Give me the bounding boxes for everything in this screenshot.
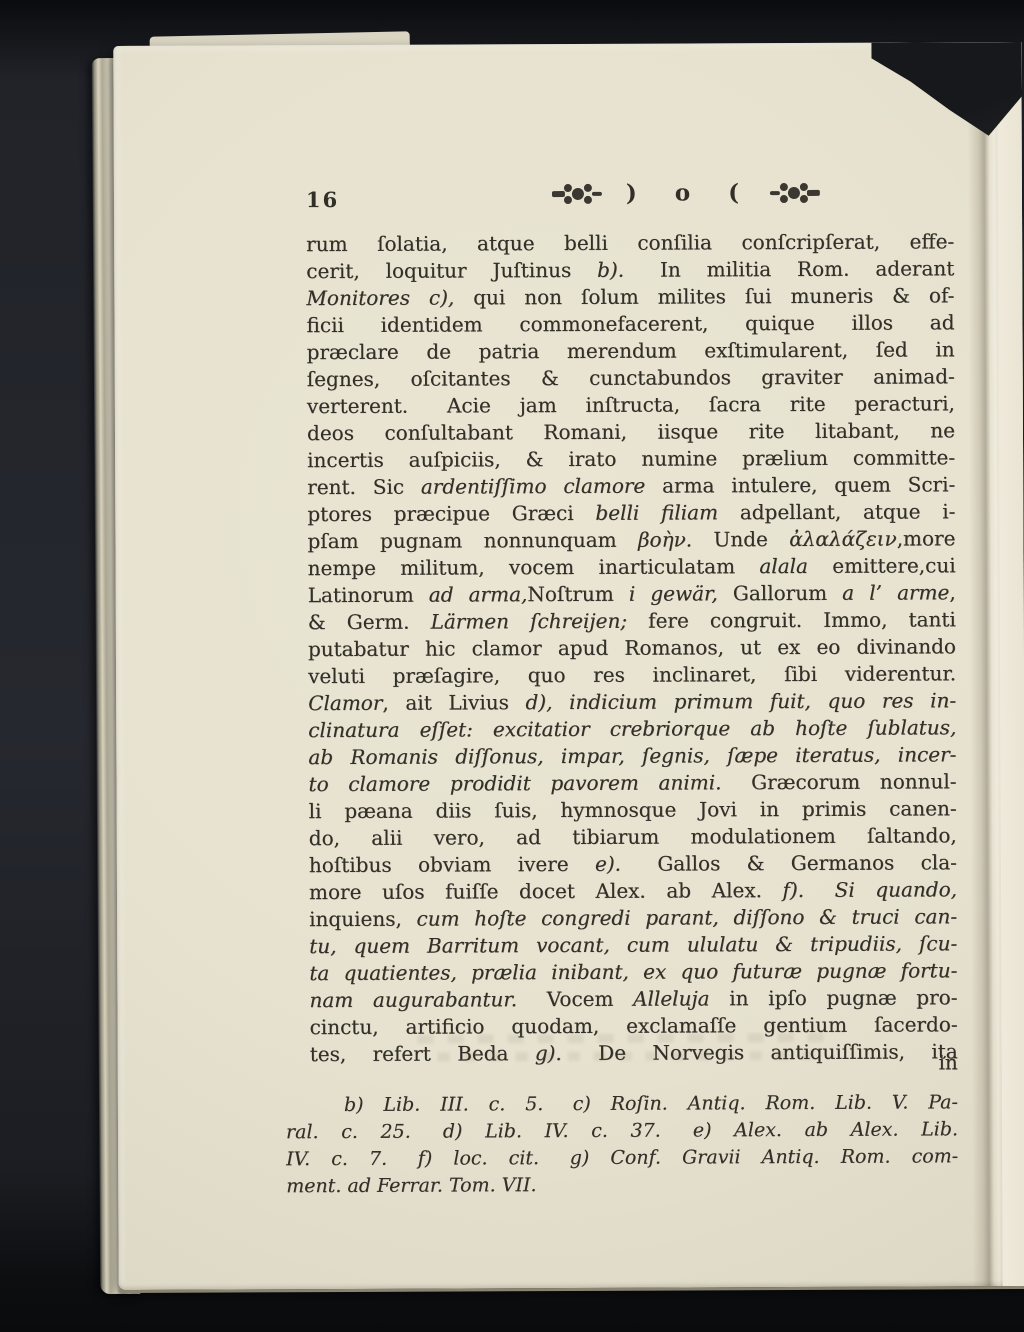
text-line: pſam pugnam nonnunquam βοὴν. Unde ἀλαλάζ… (307, 525, 955, 555)
book-page: 16 ) o ( (113, 42, 1024, 1290)
page-header: 16 ) o ( (306, 178, 954, 221)
text-line: ficii identidem commonefacerent, quique … (306, 309, 954, 339)
text-line: do, alii vero, ad tibiarum modulationem … (309, 822, 957, 852)
text-segment: incertis auſpiciis, & irato numine præli… (307, 445, 955, 472)
text-segment: do, alii vero, ad tibiarum modulationem … (309, 823, 957, 850)
text-segment (804, 878, 835, 902)
italic-segment: Clamor (308, 691, 382, 715)
italic-segment: Si quando, (835, 877, 957, 902)
text-line: nempe militum, vocem inarticulatam alala… (308, 552, 956, 582)
text-segment: emittere,cui (808, 553, 956, 578)
text-segment: cerit, loquitur Juſtinus (306, 258, 597, 283)
text-segment: hoſtibus obviam ivere (309, 852, 595, 877)
text-segment: putabatur hic clamor apud Romanos, ut ex… (308, 634, 956, 661)
text-line: tu, quem Barritum vocant, cum ululatu & … (309, 930, 957, 960)
text-line: deos conſultabant Romani, iisque rite li… (307, 417, 955, 447)
text-segment: Vocem (517, 987, 633, 1012)
text-segment: Græcorum nonnul- (721, 769, 956, 794)
text-segment: præclare de patria merendum exſtimularen… (307, 337, 955, 364)
text-segment (552, 690, 569, 714)
italic-segment: alala (759, 554, 808, 578)
text-line: rent. Sic ardentiſſimo clamore arma intu… (307, 471, 955, 501)
header-ornament: ) o ( (552, 179, 820, 207)
text-line: inquiens, cum hoſte congredi parant, diſ… (309, 903, 957, 933)
italic-segment: a l’ arme (842, 580, 949, 604)
text-line: ſegnes, oſcitantes & cunctabundos gravit… (307, 363, 955, 393)
text-line: nam augurabantur. Vocem Alleluja in ipſo… (309, 984, 957, 1014)
text-line: ptores præcipue Græci belli filiam adpel… (307, 498, 955, 528)
text-line: ta quatientes, prælia inibant, ex quo fu… (309, 957, 957, 987)
text-segment: inquiens, (309, 907, 416, 931)
text-segment: li pæana diis ſuis, hymnosque Jovi in pr… (309, 796, 957, 823)
text-line: li pæana diis ſuis, hymnosque Jovi in pr… (309, 795, 957, 825)
text-line: Latinorum ad arma,Noſtrum i gewär, Gallo… (308, 579, 956, 609)
text-segment: more uſos fuiſſe docet Alex. ab Alex. (309, 878, 783, 904)
text-line: ment. ad Ferrar. Tom. VII. (286, 1169, 958, 1199)
italic-segment: βοὴν. (638, 527, 692, 551)
italic-segment: belli filiam (595, 500, 718, 525)
adjacent-page-edge (997, 42, 1024, 1286)
text-line: hoſtibus obviam ivere e). Gallos & Germa… (309, 849, 957, 879)
italic-segment: i gewär, (629, 581, 718, 605)
text-segment: & Germ. (308, 610, 431, 635)
text-segment: ,more (897, 526, 956, 550)
body-text: rum ſolatia, atque belli conſilia conſcr… (306, 228, 958, 1068)
text-line: clinatura eſſet: excitatior crebriorque … (308, 714, 956, 744)
italic-segment: b) Lib. III. c. 5. c) Roſin. Antiq. Rom.… (344, 1091, 958, 1116)
italic-segment: ad arma, (429, 582, 528, 606)
text-segment: nempe militum, vocem inarticulatam (308, 554, 760, 580)
italic-segment: b). (597, 258, 624, 282)
italic-segment: ta quatientes, prælia inibant, ex quo fu… (309, 958, 957, 985)
text-segment: rent. Sic (307, 475, 421, 499)
text-line: rum ſolatia, atque belli conſilia conſcr… (306, 228, 954, 258)
italic-segment: Lärmen ſchreijen; (430, 609, 627, 634)
italic-segment: tu, quem Barritum vocant, cum ululatu & … (309, 931, 957, 958)
text-segment: arma intulere, quem Scri- (645, 472, 955, 497)
italic-segment: ab Romanis diſſonus, impar, ſegnis, ſæpe… (308, 742, 956, 769)
text-line: verterent. Acie jam inſtructa, ſacra rit… (307, 390, 955, 420)
fleuron-left-icon (552, 180, 604, 206)
text-segment: ficii identidem commonefacerent, quique … (306, 310, 954, 337)
italic-segment: Alleluja (633, 986, 710, 1010)
text-segment: verterent. Acie jam inſtructa, ſacra rit… (307, 391, 955, 418)
fleuron-right-icon (768, 179, 820, 205)
italic-segment: indicium primum fuit, quo res in- (569, 688, 956, 714)
text-segment: in ipſo pugnæ pro- (710, 985, 958, 1010)
italic-segment: ardentiſſimo clamore (421, 474, 646, 499)
text-line: præclare de patria merendum exſtimularen… (307, 336, 955, 366)
text-segment: Gallorum (718, 581, 842, 606)
text-segment: deos conſultabant Romani, iisque rite li… (307, 418, 955, 445)
catchword: in (310, 1050, 958, 1077)
text-line: veluti præſagire, quo res inclinaret, ſi… (308, 660, 956, 690)
text-segment: Unde (692, 527, 789, 551)
italic-segment: cum hoſte congredi parant, diſſono & tru… (416, 904, 957, 930)
text-segment: , (949, 580, 955, 604)
italic-segment: f). (782, 878, 804, 902)
italic-segment: ment. ad Ferrar. Tom. VII. (286, 1174, 536, 1197)
italic-segment: to clamore prodidit pavorem animi. (308, 770, 721, 796)
text-line: more uſos fuiſſe docet Alex. ab Alex. f)… (309, 876, 957, 906)
text-segment: veluti præſagire, quo res inclinaret, ſi… (308, 661, 956, 688)
text-line: & Germ. Lärmen ſchreijen; fere congruit.… (308, 606, 956, 636)
text-segment: pſam pugnam nonnunquam (307, 528, 638, 553)
text-segment: Gallos & Germanos cla- (621, 850, 957, 875)
text-segment: qui non ſolum milites ſui muneris & of- (454, 283, 954, 309)
text-segment: In militia Rom. aderant (624, 256, 954, 281)
italic-segment: IV. c. 7. f) loc. cit. g) Conf. Gravii A… (286, 1145, 958, 1170)
text-line: IV. c. 7. f) loc. cit. g) Conf. Gravii A… (286, 1142, 958, 1172)
text-line: b) Lib. III. c. 5. c) Roſin. Antiq. Rom.… (286, 1088, 958, 1118)
italic-segment: Monitores c), (306, 286, 454, 311)
italic-segment: nam augurabantur. (309, 987, 517, 1012)
text-segment: rum ſolatia, atque belli conſilia conſcr… (306, 229, 954, 256)
text-segment: Noſtrum (527, 582, 629, 606)
page-number: 16 (306, 187, 339, 212)
italic-segment: ral. c. 25. d) Lib. IV. c. 37. e) Alex. … (286, 1118, 958, 1143)
italic-segment: e). (595, 852, 621, 876)
text-line: ral. c. 25. d) Lib. IV. c. 37. e) Alex. … (286, 1115, 958, 1145)
text-line: Clamor, ait Livius d), indicium primum f… (308, 687, 956, 717)
ornament-text: ) o ( (618, 179, 754, 207)
text-segment: ſegnes, oſcitantes & cunctabundos gravit… (307, 364, 955, 391)
text-segment: adpellant, atque i- (718, 499, 955, 524)
text-segment: fere congruit. Immo, tanti (627, 607, 956, 632)
italic-segment: ἀλαλάζειν (789, 527, 897, 551)
text-segment: , ait Livius (382, 690, 525, 715)
page-bottom-edge (119, 1286, 1024, 1293)
text-line: to clamore prodidit pavorem animi. Græco… (308, 768, 956, 798)
text-line: cerit, loquitur Juſtinus b). In militia … (306, 255, 954, 285)
text-line: putabatur hic clamor apud Romanos, ut ex… (308, 633, 956, 663)
text-line: ab Romanis diſſonus, impar, ſegnis, ſæpe… (308, 741, 956, 771)
book-scan: 16 ) o ( (0, 0, 1024, 1332)
text-segment: Latinorum (308, 583, 429, 608)
italic-segment: clinatura eſſet: excitatior crebriorque … (308, 715, 956, 742)
footnotes: b) Lib. III. c. 5. c) Roſin. Antiq. Rom.… (286, 1088, 958, 1199)
text-line: incertis auſpiciis, & irato numine præli… (307, 444, 955, 474)
italic-segment: d), (525, 690, 552, 714)
text-line: Monitores c), qui non ſolum milites ſui … (306, 282, 954, 312)
text-segment: ptores præcipue Græci (307, 501, 595, 526)
